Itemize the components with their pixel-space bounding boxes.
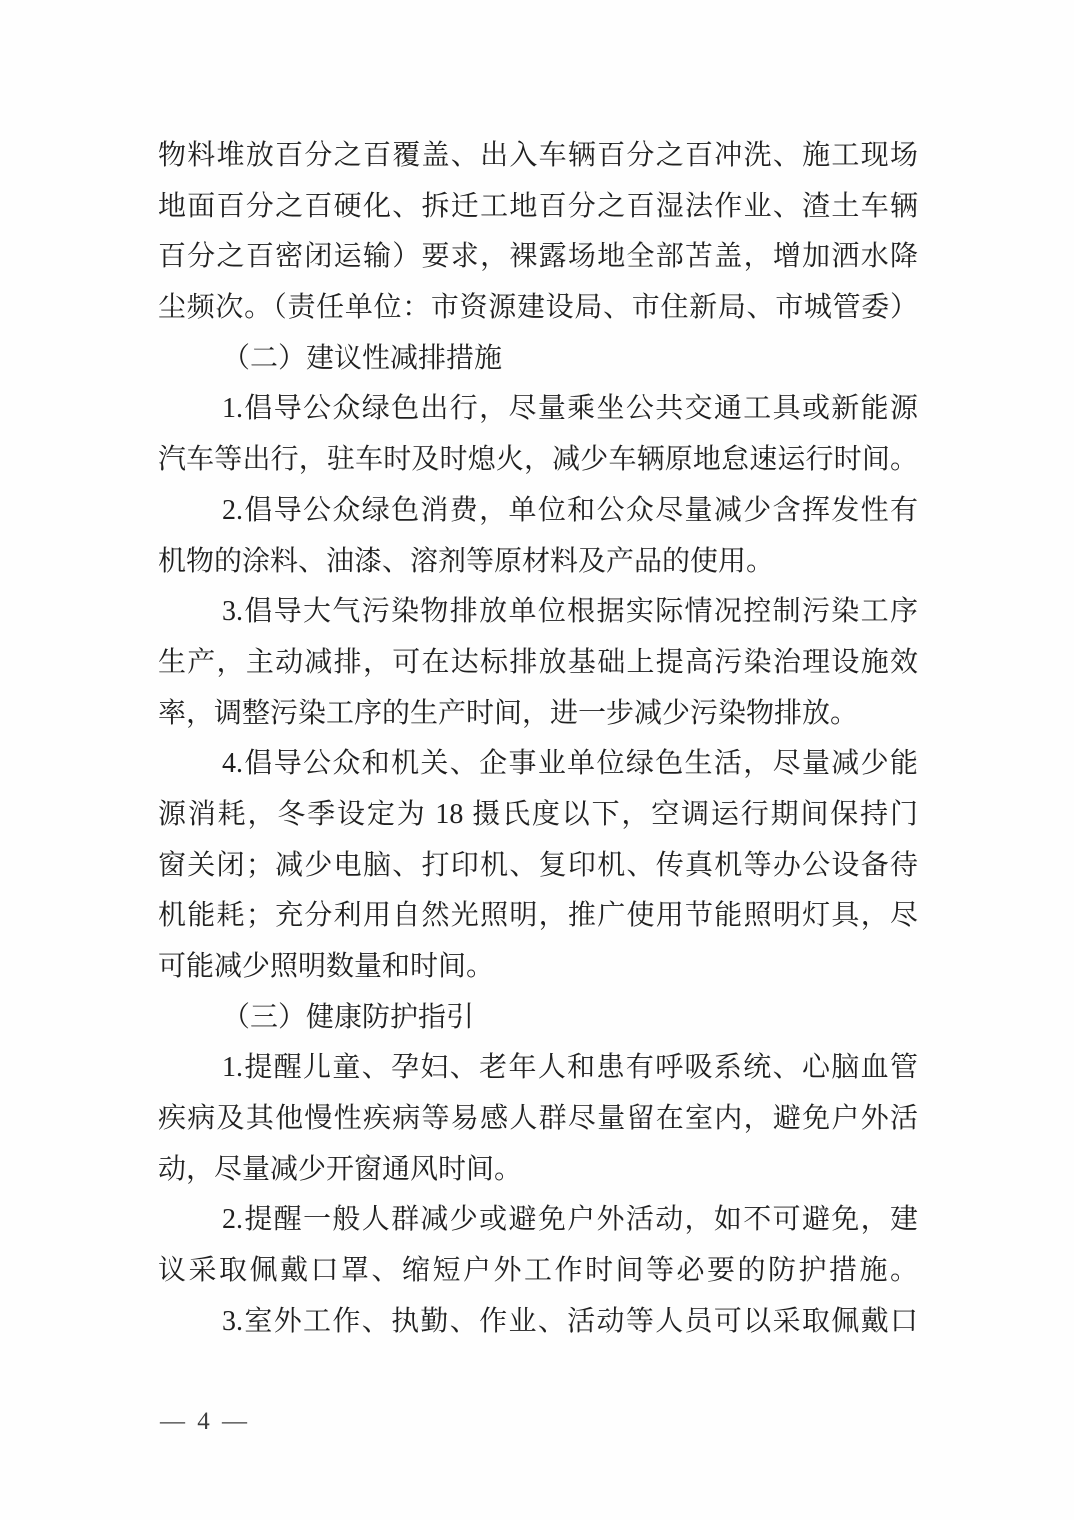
paragraph-line: 尘频次。（责任单位：市资源建设局、市住新局、市城管委）: [158, 283, 918, 334]
section-heading: （三）健康防护指引: [158, 993, 918, 1044]
paragraph-line: 动，尽量减少开窗通风时间。: [158, 1145, 918, 1196]
paragraph-line: 可能减少照明数量和时间。: [158, 942, 918, 993]
document-page: 物料堆放百分之百覆盖、出入车辆百分之百冲洗、施工现场 地面百分之百硬化、拆迁工地…: [0, 0, 1074, 1520]
paragraph-line: 4.倡导公众和机关、企事业单位绿色生活，尽量减少能: [158, 739, 918, 790]
paragraph-line: 汽车等出行，驻车时及时熄火，减少车辆原地怠速运行时间。: [158, 435, 918, 486]
paragraph-line: 源消耗，冬季设定为 18 摄氏度以下，空调运行期间保持门: [158, 790, 918, 841]
paragraph-line: 1.倡导公众绿色出行，尽量乘坐公共交通工具或新能源: [158, 384, 918, 435]
paragraph-line: 窗关闭；减少电脑、打印机、复印机、传真机等办公设备待: [158, 841, 918, 892]
paragraph-line: 疾病及其他慢性疾病等易感人群尽量留在室内，避免户外活: [158, 1094, 918, 1145]
paragraph-line: 率，调整污染工序的生产时间，进一步减少污染物排放。: [158, 689, 918, 740]
paragraph-line: 生产，主动减排，可在达标排放基础上提高污染治理设施效: [158, 638, 918, 689]
paragraph-line: 地面百分之百硬化、拆迁工地百分之百湿法作业、渣土车辆: [158, 182, 918, 233]
paragraph-line: 3.倡导大气污染物排放单位根据实际情况控制污染工序: [158, 587, 918, 638]
paragraph-line: 机能耗；充分利用自然光照明，推广使用节能照明灯具，尽: [158, 891, 918, 942]
paragraph-line: 1.提醒儿童、孕妇、老年人和患有呼吸系统、心脑血管: [158, 1043, 918, 1094]
document-body: 物料堆放百分之百覆盖、出入车辆百分之百冲洗、施工现场 地面百分之百硬化、拆迁工地…: [158, 131, 918, 1348]
paragraph-line: 2.提醒一般人群减少或避免户外活动，如不可避免，建: [158, 1195, 918, 1246]
section-heading: （二）建议性减排措施: [158, 334, 918, 385]
paragraph-line: 议采取佩戴口罩、缩短户外工作时间等必要的防护措施。: [158, 1246, 918, 1297]
paragraph-line: 2.倡导公众绿色消费，单位和公众尽量减少含挥发性有: [158, 486, 918, 537]
paragraph-line: 3.室外工作、执勤、作业、活动等人员可以采取佩戴口: [158, 1297, 918, 1348]
paragraph-line: 百分之百密闭运输）要求，裸露场地全部苫盖，增加洒水降: [158, 232, 918, 283]
paragraph-line: 机物的涂料、油漆、溶剂等原材料及产品的使用。: [158, 537, 918, 588]
page-number: — 4 —: [160, 1402, 250, 1442]
paragraph-line: 物料堆放百分之百覆盖、出入车辆百分之百冲洗、施工现场: [158, 131, 918, 182]
